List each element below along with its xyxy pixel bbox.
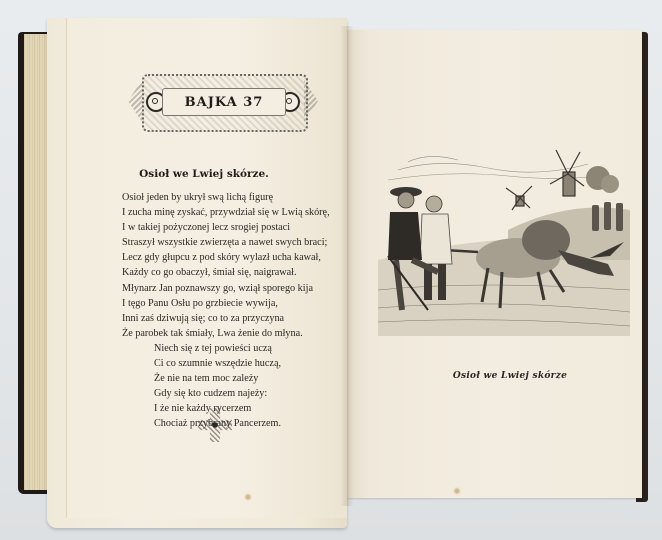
foxing-spot <box>243 492 253 502</box>
poem-line: I w takiej pożyczonej lecz srogiej posta… <box>122 220 348 235</box>
poem-line: I tęgo Panu Osłu po grzbiecie wywija, <box>122 296 348 311</box>
moral-line: Chociaż przybrany Pancerzem. <box>122 416 348 431</box>
foxing-spot <box>452 486 462 496</box>
chapter-label: BAJKA 37 <box>185 95 264 110</box>
header-ornament: BAJKA 37 <box>128 70 318 132</box>
ornament-wing-left-icon <box>128 80 142 122</box>
poem-line: Każdy co go obaczył, śmiał się, naigrawa… <box>122 265 348 280</box>
open-book: BAJKA 37 Osioł we Lwiej skórze. Osioł je… <box>0 0 662 540</box>
poem-line: Młynarz Jan poznawszy go, wziął sporego … <box>122 281 348 296</box>
moral-line: Ci co szumnie wszędzie huczą, <box>122 356 348 371</box>
poem-title: Osioł we Lwiej skórze. <box>60 168 348 180</box>
poem-line: Inni zaś dziwują się; co to za przyczyna <box>122 311 348 326</box>
poem-line: I zucha minę zyskać, przywdział się w Lw… <box>122 205 348 220</box>
illustration-caption: Osioł we Lwiej skórze <box>420 371 600 381</box>
poem-line: Lecz gdy głupcu z pod skóry wylazł ucha … <box>122 250 348 265</box>
chapter-label-box: BAJKA 37 <box>162 88 286 116</box>
moral-line: Gdy się kto cudzem najeży: <box>122 386 348 401</box>
moral-line: Niech się z tej powieści uczą <box>122 341 348 356</box>
moral-line: I że nie każdy rycerzem <box>122 401 348 416</box>
moral-line: Że nie na tem moc zależy <box>122 371 348 386</box>
floral-cross-ornament-icon <box>198 408 232 442</box>
engraving-illustration <box>378 140 630 336</box>
poem-line: Że parobek tak śmiały, Lwa żenie do młyn… <box>122 326 348 341</box>
poem-line: Osioł jeden by ukrył swą lichą figurę <box>122 190 348 205</box>
poem-text: Osioł jeden by ukrył swą lichą figurę I … <box>122 190 348 432</box>
poem-line: Straszył wszystkie zwierzęta a nawet swy… <box>122 235 348 250</box>
